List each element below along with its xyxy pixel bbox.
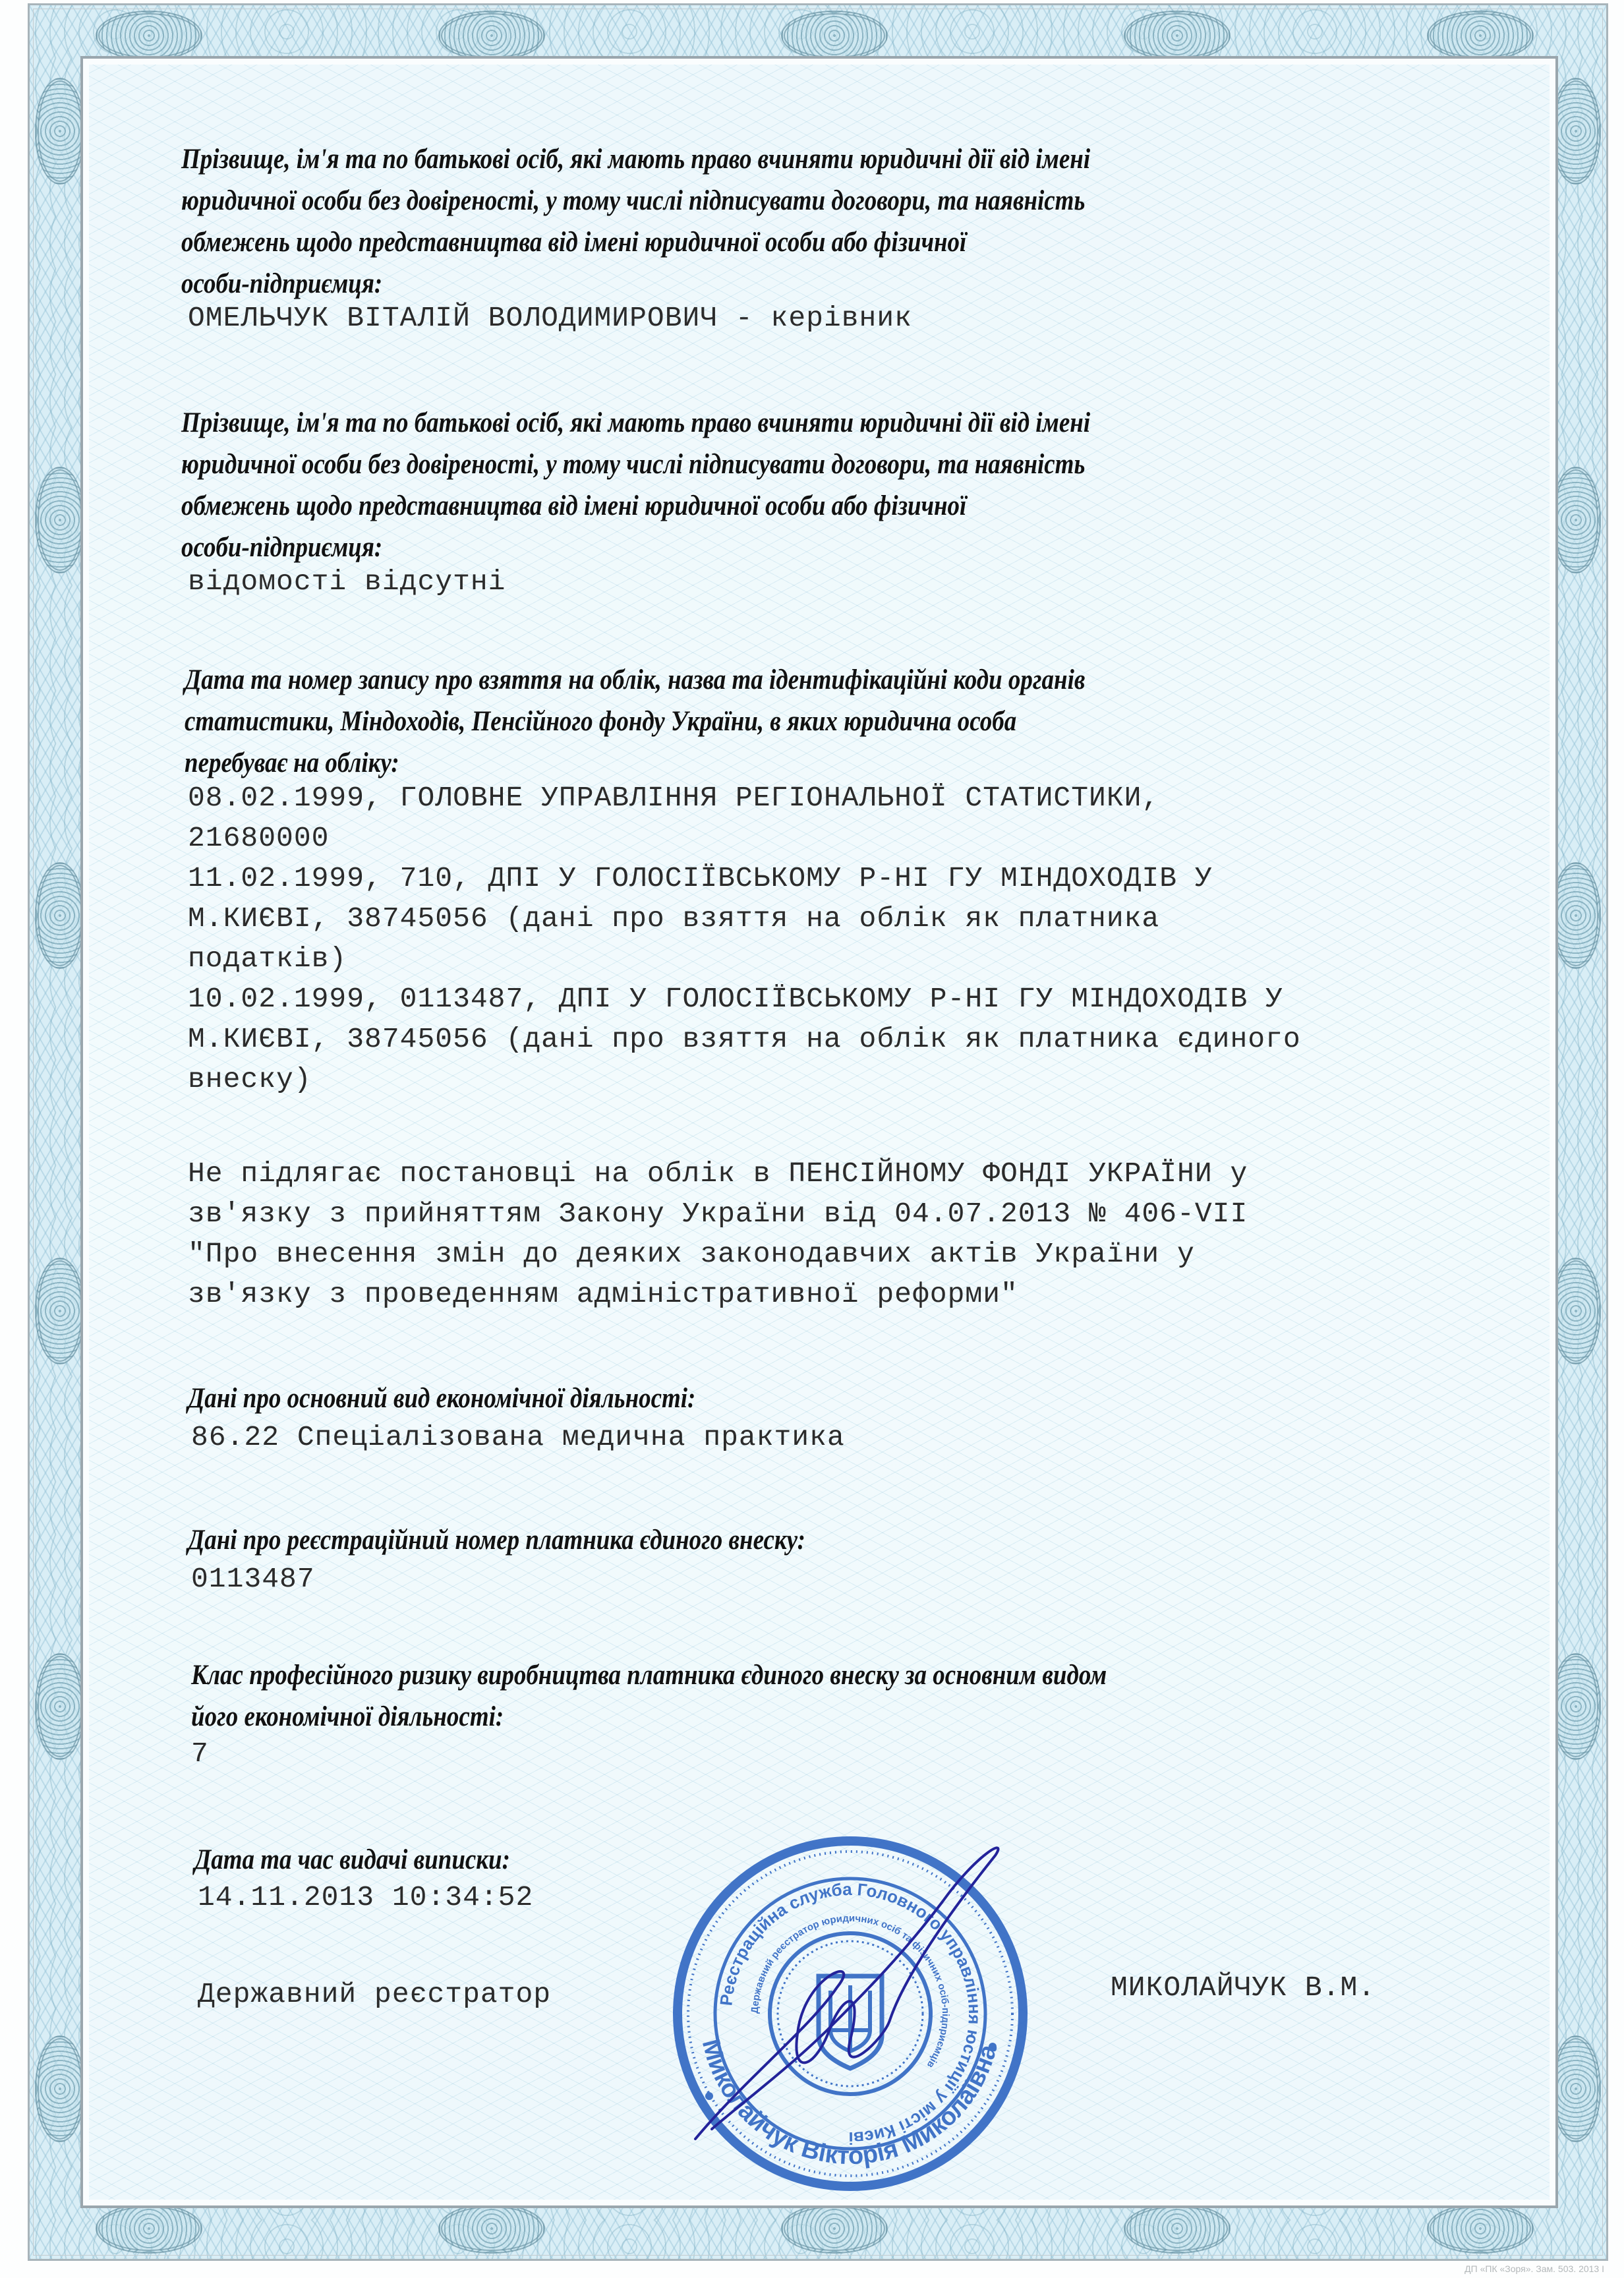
stamp-seal-icon: Миколайчук Вікторія Миколаївна Реєстраці… bbox=[678, 1841, 1023, 2186]
section-label-issue-datetime: Дата та час видачі виписки: bbox=[194, 1839, 510, 1881]
section-value-risk-class: 7 bbox=[191, 1734, 209, 1774]
section-value-registration-records: 08.02.1999, ГОЛОВНЕ УПРАВЛІННЯ РЕГІОНАЛЬ… bbox=[188, 778, 1301, 1099]
section-value-authorized-persons-2: відомості відсутні bbox=[188, 562, 506, 602]
pension-fund-note: Не підлягає постановці на облік в ПЕНСІЙ… bbox=[188, 1154, 1248, 1314]
section-label-registration-records: Дата та номер запису про взяття на облік… bbox=[185, 659, 1085, 784]
section-value-economic-activity: 86.22 Спеціалізована медична практика bbox=[191, 1417, 845, 1457]
section-label-risk-class: Клас професійного ризику виробництва пла… bbox=[191, 1654, 1107, 1738]
section-label-economic-activity: Дані про основний вид економічної діяльн… bbox=[188, 1378, 695, 1419]
section-value-contribution-number: 0113487 bbox=[191, 1559, 315, 1599]
section-value-authorized-persons: ОМЕЛЬЧУК ВІТАЛІЙ ВОЛОДИМИРОВИЧ - керівни… bbox=[188, 298, 912, 338]
section-label-authorized-persons: Прізвище, ім'я та по батькові осіб, які … bbox=[181, 138, 1090, 305]
section-label-authorized-persons-2: Прізвище, ім'я та по батькові осіб, які … bbox=[181, 402, 1090, 568]
registrar-role: Державний реєстратор bbox=[198, 1974, 551, 2014]
official-stamp: Миколайчук Вікторія Миколаївна Реєстраці… bbox=[666, 1829, 1035, 2198]
section-value-issue-datetime: 14.11.2013 10:34:52 bbox=[198, 1877, 533, 1917]
registrar-name: МИКОЛАЙЧУК В.М. bbox=[1111, 1968, 1376, 2008]
section-label-contribution-number: Дані про реєстраційний номер платника єд… bbox=[188, 1519, 805, 1561]
